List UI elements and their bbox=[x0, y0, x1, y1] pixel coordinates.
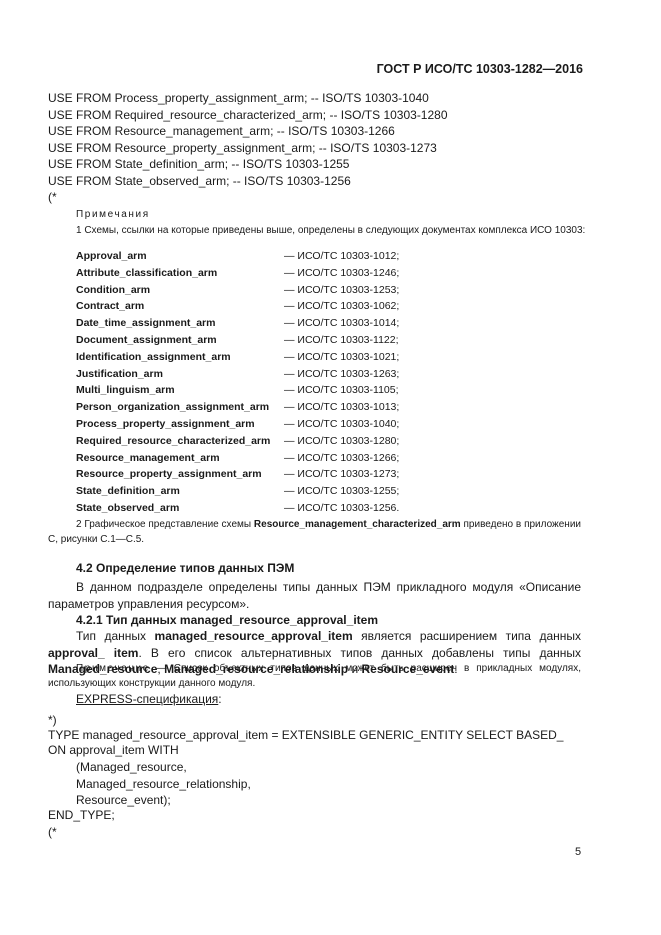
reference-schema-name: Person_organization_assignment_arm bbox=[76, 401, 269, 413]
reference-document: — ИСО/ТС 10303-1255; bbox=[284, 485, 399, 497]
use-from-line: USE FROM Resource_property_assignment_ar… bbox=[48, 141, 437, 155]
note-2-schema: Resource_management_characterized_arm bbox=[254, 519, 461, 530]
reference-document: — ИСО/ТС 10303-1253; bbox=[284, 284, 399, 296]
use-from-line: USE FROM Required_resource_characterized… bbox=[48, 108, 448, 122]
reference-schema-name: Contract_arm bbox=[76, 300, 144, 312]
page-number: 5 bbox=[575, 846, 581, 858]
desc-text: Тип данных bbox=[48, 629, 155, 643]
comment-open: (* bbox=[48, 825, 57, 839]
express-label-colon: : bbox=[218, 692, 221, 706]
reference-document: — ИСО/ТС 10303-1256. bbox=[284, 502, 399, 514]
reference-document: — ИСО/ТС 10303-1012; bbox=[284, 250, 399, 262]
reference-document: — ИСО/ТС 10303-1246; bbox=[284, 267, 399, 279]
section-title: 4.2 Определение типов данных ПЭМ bbox=[76, 561, 294, 575]
express-end-type: END_TYPE; bbox=[48, 808, 115, 822]
notes-heading: Примечания bbox=[76, 209, 150, 220]
comment-open: (* bbox=[48, 190, 57, 204]
reference-schema-name: Date_time_assignment_arm bbox=[76, 317, 215, 329]
reference-schema-name: Document_assignment_arm bbox=[76, 334, 217, 346]
reference-schema-name: Approval_arm bbox=[76, 250, 147, 262]
reference-schema-name: Condition_arm bbox=[76, 284, 150, 296]
reference-schema-name: State_observed_arm bbox=[76, 502, 179, 514]
use-from-line: USE FROM State_observed_arm; -- ISO/TS 1… bbox=[48, 174, 351, 188]
use-from-line: USE FROM Resource_management_arm; -- ISO… bbox=[48, 124, 395, 138]
reference-document: — ИСО/ТС 10303-1040; bbox=[284, 418, 399, 430]
reference-document: — ИСО/ТС 10303-1062; bbox=[284, 300, 399, 312]
desc-text: является расширением типа данных bbox=[353, 629, 581, 643]
section-intro: В данном подразделе определены типы данн… bbox=[48, 579, 581, 612]
reference-document: — ИСО/ТС 10303-1273; bbox=[284, 468, 399, 480]
note-2-prefix: 2 Графическое представление схемы bbox=[48, 519, 254, 530]
express-label: EXPRESS-спецификация: bbox=[76, 692, 222, 706]
reference-schema-name: State_definition_arm bbox=[76, 485, 180, 497]
reference-schema-name: Resource_property_assignment_arm bbox=[76, 468, 262, 480]
express-select-item: Managed_resource_relationship, bbox=[76, 777, 251, 791]
reference-schema-name: Attribute_classification_arm bbox=[76, 267, 217, 279]
reference-document: — ИСО/ТС 10303-1280; bbox=[284, 435, 399, 447]
type-name: managed_resource_approval_item bbox=[155, 629, 353, 643]
section-intro-text: В данном подразделе определены типы данн… bbox=[48, 580, 581, 611]
express-label-text: EXPRESS-спецификация bbox=[76, 692, 218, 706]
reference-schema-name: Required_resource_characterized_arm bbox=[76, 435, 270, 447]
base-type-name: approval_ item bbox=[48, 646, 138, 660]
note-1: 1 Схемы, ссылки на которые приведены выш… bbox=[76, 225, 585, 236]
note-label: Примечание bbox=[48, 663, 150, 674]
reference-document: — ИСО/ТС 10303-1013; bbox=[284, 401, 399, 413]
reference-document: — ИСО/ТС 10303-1122; bbox=[284, 334, 399, 346]
express-type-line: ON approval_item WITH bbox=[48, 743, 179, 757]
reference-schema-name: Resource_management_arm bbox=[76, 452, 220, 464]
note-2: 2 Графическое представление схемы Resour… bbox=[48, 517, 581, 547]
reference-schema-name: Justification_arm bbox=[76, 368, 163, 380]
reference-schema-name: Identification_assignment_arm bbox=[76, 351, 231, 363]
reference-document: — ИСО/ТС 10303-1021; bbox=[284, 351, 399, 363]
reference-document: — ИСО/ТС 10303-1263; bbox=[284, 368, 399, 380]
express-select-item: (Managed_resource, bbox=[76, 760, 187, 774]
section-note: Примечание — Список объектных типов данн… bbox=[48, 661, 581, 691]
use-from-line: USE FROM State_definition_arm; -- ISO/TS… bbox=[48, 157, 349, 171]
use-from-line: USE FROM Process_property_assignment_arm… bbox=[48, 91, 429, 105]
reference-document: — ИСО/ТС 10303-1105; bbox=[284, 384, 399, 396]
reference-document: — ИСО/ТС 10303-1266; bbox=[284, 452, 399, 464]
document-header: ГОСТ Р ИСО/ТС 10303-1282—2016 bbox=[377, 62, 583, 76]
express-select-item: Resource_event); bbox=[76, 793, 171, 807]
express-type-line: TYPE managed_resource_approval_item = EX… bbox=[48, 728, 563, 742]
reference-schema-name: Multi_linguism_arm bbox=[76, 384, 175, 396]
reference-document: — ИСО/ТС 10303-1014; bbox=[284, 317, 399, 329]
desc-text: . В его список альтернативных типов данн… bbox=[138, 646, 581, 660]
comment-close: *) bbox=[48, 713, 57, 727]
subsection-title: 4.2.1 Тип данных managed_resource_approv… bbox=[76, 613, 378, 627]
reference-schema-name: Process_property_assignment_arm bbox=[76, 418, 255, 430]
